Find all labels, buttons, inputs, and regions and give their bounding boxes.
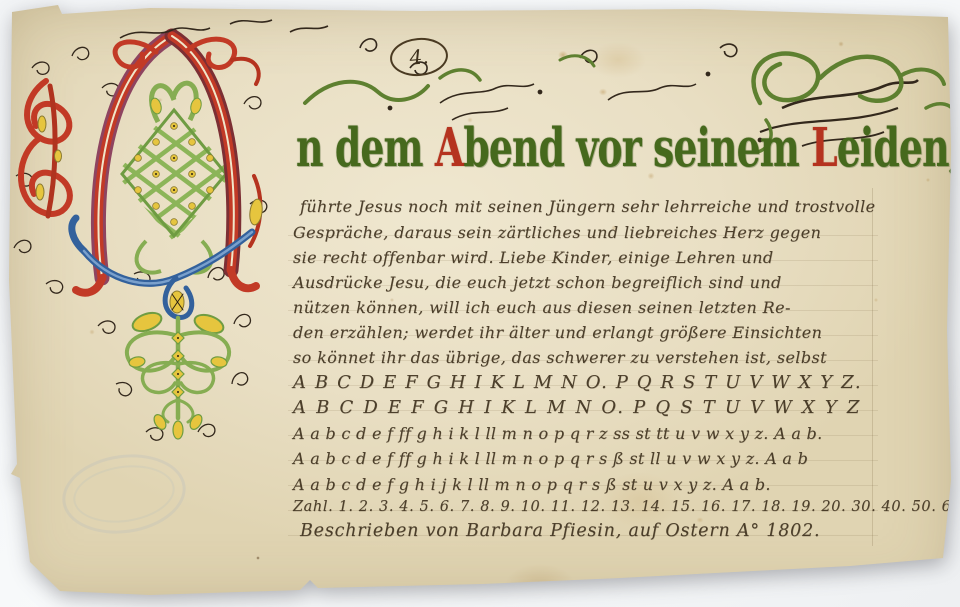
body-line: führte Jesus noch mit seinen Jüngern seh… [300, 197, 875, 216]
body-line: sie recht offenbar wird. Liebe Kinder, e… [293, 248, 774, 267]
page-number: 4. [408, 44, 429, 70]
pendant-ornament [127, 309, 229, 439]
heading-seg: n dem [296, 116, 435, 179]
alphabet-line-lowercase-2: A a b c d e f ff g h i k l ll m n o p q … [293, 449, 808, 468]
body-line: so könnet ihr das übrige, das schwerer z… [293, 348, 827, 367]
body-line: nützen können, will ich euch aus diesen … [293, 298, 791, 317]
heading-seg: eiden, [837, 116, 960, 179]
heading-initial-a: A [435, 116, 463, 179]
heading-line: n dem Abend vor seinem Leiden, [296, 116, 960, 179]
right-margin-rule [872, 188, 873, 546]
body-line: Gespräche, daraus sein zärtliches und li… [293, 223, 821, 242]
colophon-line: Beschrieben von Barbara Pfiesin, auf Ost… [300, 521, 820, 541]
heading-seg: bend vor seinem [463, 116, 811, 179]
photo-of-manuscript: 4. n dem Abend vor seinem Leiden, führte… [0, 0, 960, 607]
body-line: den erzählen; werdet ihr älter und erlan… [293, 323, 822, 342]
heading-initial-l: L [811, 116, 837, 179]
alphabet-line-capitals-2: A B C D E F G H I K L M N O. P Q S T U V… [293, 397, 862, 418]
alphabet-line-lowercase: A a b c d e f ff g h i k l ll m n o p q … [293, 424, 822, 443]
manuscript-page: 4. n dem Abend vor seinem Leiden, führte… [0, 0, 960, 607]
alphabet-line-capitals: A B C D E F G H I K L M N O. P Q R S T U… [293, 372, 862, 393]
numbers-line: Zahl. 1. 2. 3. 4. 5. 6. 7. 8. 9. 10. 11.… [293, 499, 960, 515]
alphabet-line-lowercase-3: A a b c d e f g h i j k l ll m n o p q r… [293, 475, 771, 494]
body-line: Ausdrücke Jesu, die euch jetzt schon beg… [293, 273, 782, 292]
paper-shadow-wrap: 4. n dem Abend vor seinem Leiden, führte… [0, 0, 960, 607]
